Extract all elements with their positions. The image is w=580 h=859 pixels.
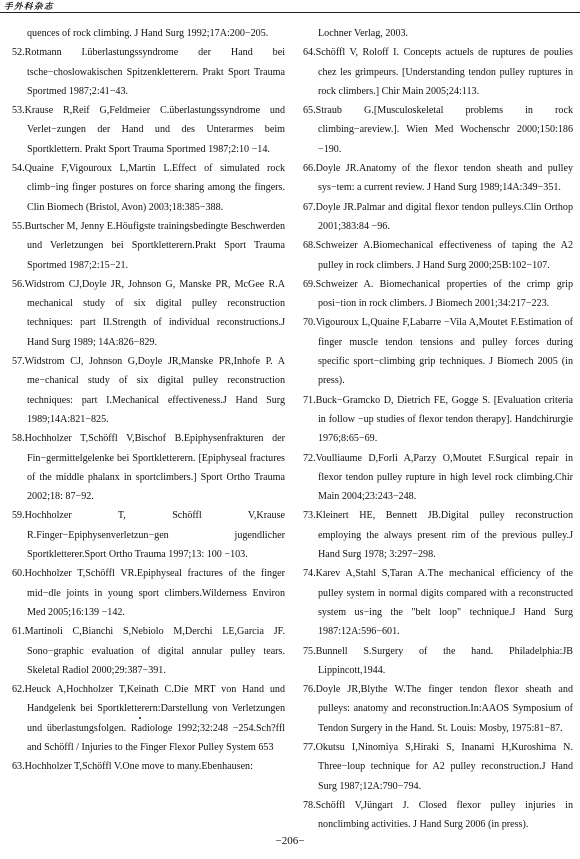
reference-59: 59.Hochholzer T, Schöffl V,Krause R.Fing… (12, 506, 285, 564)
scan-speck (139, 717, 141, 719)
reference-74: 74.Karev A,Stahl S,Taran A.The mechanica… (303, 564, 573, 641)
reference-continuation: quences of rock climbing. J Hand Surg 19… (12, 24, 285, 43)
reference-66: 66.Doyle JR.Anatomy of the flexor tendon… (303, 159, 573, 198)
reference-70: 70.Vigouroux L,Quaine F,Labarre −Vila A,… (303, 313, 573, 390)
reference-57: 57.Widstrom CJ, Johnson G,Doyle JR,Mansk… (12, 352, 285, 429)
reference-64: 64.Schöffl V, Roloff I. Concepts actuels… (303, 43, 573, 101)
running-header: 手外科杂志 (0, 0, 580, 14)
reference-71: 71.Buck−Gramcko D, Dietrich FE, Gogge S.… (303, 391, 573, 449)
reference-52: 52.Rotmann I.überlastungssyndrome der Ha… (12, 43, 285, 101)
reference-72: 72.Voulliaume D,Forli A,Parzy O,Moutet F… (303, 449, 573, 507)
reference-67: 67.Doyle JR.Palmar and digital flexor te… (303, 198, 573, 237)
page-number: −206− (0, 835, 580, 847)
reference-53: 53.Krause R,Reif G,Feldmeier C.überlastu… (12, 101, 285, 159)
reference-68: 68.Schweizer A.Biomechanical effectivene… (303, 236, 573, 275)
reference-69: 69.Schweizer A. Biomechanical properties… (303, 275, 573, 314)
references-right-column: Lochner Verlag, 2003. 64.Schöffl V, Rolo… (303, 24, 573, 834)
reference-58: 58.Hochholzer T,Schöffl V,Bischof B.Epip… (12, 429, 285, 506)
reference-56: 56.Widstrom CJ,Doyle JR, Johnson G, Mans… (12, 275, 285, 352)
reference-73: 73.Kleinert HE, Bennett JB.Digital pulle… (303, 506, 573, 564)
journal-title: 手外科杂志 (4, 0, 54, 12)
reference-55: 55.Burtscher M, Jenny E.Höufigste traini… (12, 217, 285, 275)
reference-75: 75.Bunnell S.Surgery of the hand. Philad… (303, 642, 573, 681)
reference-63: 63.Hochholzer T,Schöffl V.One move to ma… (12, 757, 285, 776)
reference-61: 61.Martinoli C,Bianchi S,Nebiolo M,Derch… (12, 622, 285, 680)
reference-60: 60.Hochholzer T,Schöffl VR.Epiphyseal fr… (12, 564, 285, 622)
reference-65: 65.Straub G.[Musculoskeletal problems in… (303, 101, 573, 159)
reference-78: 78.Schöffl V,Jüngart J. Closed flexor pu… (303, 796, 573, 835)
reference-76: 76.Doyle JR,Blythe W.The finger tendon f… (303, 680, 573, 738)
reference-62: 62.Heuck A,Hochholzer T,Keinath C.Die MR… (12, 680, 285, 757)
reference-continuation: Lochner Verlag, 2003. (303, 24, 573, 43)
reference-77: 77.Okutsu I,Ninomiya S,Hiraki S, Inanami… (303, 738, 573, 796)
reference-54: 54.Quaine F,Vigouroux L,Martin L.Effect … (12, 159, 285, 217)
header-rule (0, 12, 580, 13)
references-left-column: quences of rock climbing. J Hand Surg 19… (12, 24, 285, 777)
